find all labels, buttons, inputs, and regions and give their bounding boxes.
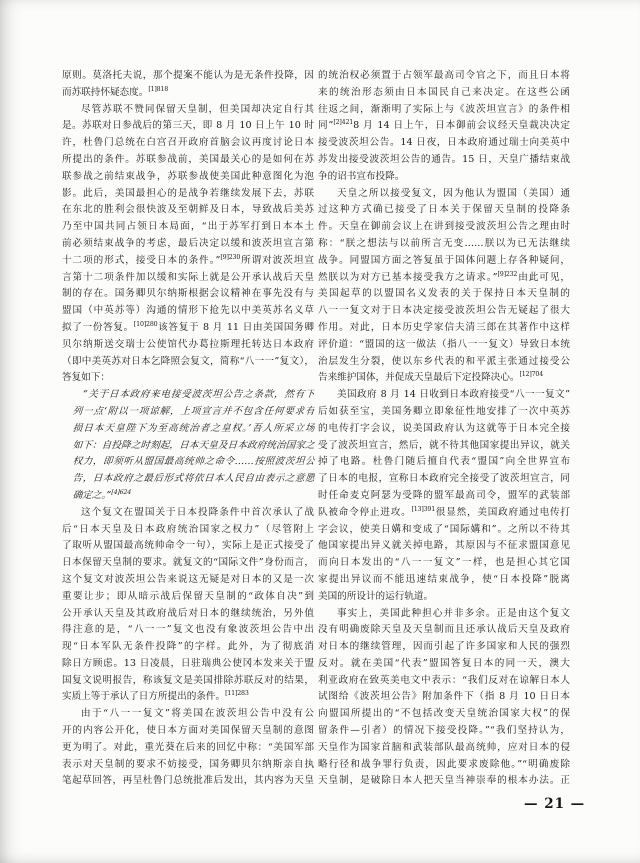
- text-line: 苏发出接受波茨坦公告的通告。15 日，天皇广播结束战: [318, 152, 570, 169]
- text-line: 队被命令停止进攻。[13]391很显然，美国政府通过电传打: [318, 505, 570, 522]
- text-line: 实质上等于承认了日方所提出的条件。[11]283: [62, 689, 314, 706]
- citation-superscript: [11]283: [225, 690, 249, 697]
- citation-superscript: [9]232: [498, 271, 518, 278]
- text-line: 表示对天皇制的要求不妨接受，国务卿贝尔纳斯亲自执: [62, 757, 314, 774]
- text-line: 他国家提出异义就关掉电路，其原因与不征求盟国意见: [318, 538, 570, 555]
- text-line: 美国起草的以盟国名义发表的关于保持日本天皇制的: [318, 286, 570, 303]
- quoted-text-line: 如下：自投降之时刻起，日本天皇及日本政府统治国家之: [62, 438, 315, 455]
- text-line: 的统治权必须置于占领军最高司令官之下，而且日本将: [318, 68, 570, 85]
- text-line: 乃至中国共同占领日本局面，“出于苏军打到日本本土: [62, 219, 314, 236]
- text-line: 作用。对此，日本历史学家信夫清三郎在其著作中这样: [318, 320, 570, 337]
- text-line: 过这种方式确已接受了日本关于保留天皇制的投降条: [318, 202, 570, 219]
- text-line: 称：“朕之想法与以前所言无变……朕以为已无法继续: [318, 236, 570, 253]
- text-line: 美国政府 8 月 14 日收到日本政府接受“八一一复文”: [318, 387, 570, 404]
- text-line: 件。天皇在御前会议上在讲到接受波茨坦公告之理由时: [318, 219, 570, 236]
- text-line: 更为明了。对此，重光葵在后来的回忆中称：“美国军部: [62, 740, 314, 757]
- text-line: 天皇之所以接受复文，因为他认为盟国（美国）通: [318, 186, 570, 203]
- text-line: 对日本的继续管理，因而引起了许多国家和人民的强烈: [318, 639, 570, 656]
- page-number: — 21 —: [524, 796, 585, 812]
- text-line: 所提出的条件。苏联参战前，美国最关心的是如何在苏: [62, 152, 314, 169]
- quoted-text-line: 确定之。”[4]624: [62, 488, 315, 505]
- text-line: 十二项的形式，接受日本的条件。”[9]230所谓对波茨坦宣: [62, 253, 314, 270]
- text-line: 了日本的电报，宣称日本政府完全接受了波茨坦宣言，同: [318, 471, 570, 488]
- text-column-right: 的统治权必须置于占领军最高司令官之下，而且日本将来的统治形态须由日本国民自己来决…: [318, 68, 570, 790]
- text-line: 由于“八一一复文”将美国在波茨坦公告中没有公: [62, 706, 314, 723]
- text-line: 战争。同盟国方面之答复虽于国体问题上存各种疑问，: [318, 253, 570, 270]
- text-line: 言第十二项条件加以缓和实际上就是公开承认战后天皇: [62, 270, 314, 287]
- text-line: 拟了一份答复。[10]280该答复于 8 月 11 日由美国国务卿: [62, 320, 314, 337]
- text-line: 天皇作为国家首脑和武装部队最高统帅，应对日本的侵: [318, 740, 570, 757]
- text-line: 了取听从盟国最高统帅命令一句），实际上是正式接受了: [62, 538, 314, 555]
- text-line: 略行径和战争罪行负责，因此要求废除他。”“明确废除: [318, 757, 570, 774]
- text-line: 制的存在。国务卿贝尔纳斯根据会议精神在事先没有与: [62, 286, 314, 303]
- text-line: 受了波茨坦宣言，然后，就不待其他国家提出异议，就关: [318, 438, 570, 455]
- text-line: 的电传打字会议，说美国政府认为这就等于日本完全接: [318, 421, 570, 438]
- text-line: 利亚政府在致英美电文中表示：“我们反对在谅解日本人: [318, 673, 570, 690]
- quoted-text-line: 告，日本政府之最后形式将依日本人民自由表示之意愿: [62, 471, 315, 488]
- text-line: 掉了电路。杜鲁门随后擅自代表“盟国”向全世界宣布: [318, 454, 570, 471]
- text-line: 这个复文在盟国关于日本投降条件中首次承认了战: [62, 505, 314, 522]
- text-line: 然朕以为对方已基本接受我方之请求。”[9]232由此可见，: [318, 270, 570, 287]
- text-line: 许，杜鲁门总统在白宫召开政府首脑会议再度讨论日本: [62, 135, 314, 152]
- text-line: 在东北的胜利会很快波及至朝鲜及日本，导致战后美苏: [62, 202, 314, 219]
- quoted-text-line: 损日本天皇陛下为至高统治者之皇权。’吾人所采立场: [62, 421, 315, 438]
- text-line: 影。此后，美国最担心的是战争若继续发展下去，苏联: [62, 186, 314, 203]
- text-line: 现“日本军队无条件投降”的字样。此外，为了彻底消: [62, 639, 314, 656]
- quoted-text-line: “关于日本政府来电接受波茨坦公告之条款，然有下: [62, 387, 315, 404]
- text-line: 留条件—引者）的情况下接受投降。”“我们坚持认为，: [318, 723, 570, 740]
- text-line: 争的诏书宣布投降。: [318, 169, 570, 186]
- quoted-text-line: 权力，即须听从盟国最高统帅之命令……按照波茨坦公: [62, 454, 315, 471]
- text-line: 后“日本天皇及日本政府统治国家之权力”（尽管附上: [62, 522, 314, 539]
- text-line: 原则。莫洛托夫说，那个提案不能认为是无条件投降，因: [62, 68, 314, 85]
- citation-superscript: [2]421: [333, 119, 353, 126]
- text-line: 后如获至宝，美国务卿立即象征性地安排了一次中英苏: [318, 404, 570, 421]
- text-line: 同”[2]4218 月 14 日上午，日本御前会议经天皇裁决决定: [318, 118, 570, 135]
- text-line: 开的内容公开化，使日本方面对美国保留天皇制的意图: [62, 723, 314, 740]
- citation-superscript: [4]624: [111, 489, 131, 496]
- text-line: 答复如下：: [62, 370, 314, 387]
- text-line: 盟国（中英苏等）沟通的情形下抢先以中美英苏名义草: [62, 303, 314, 320]
- text-line: 联参战之前结束战争，苏联参战使美国此种意图化为泡: [62, 169, 314, 186]
- text-line: 日本保留天皇制的要求。就复文的“国际文件”身份而言，: [62, 555, 314, 572]
- text-line: （即中美英苏对日本乞降照会复文，简称“八一一”复文），: [62, 354, 314, 371]
- text-line: 来的统治形态须由日本国民自己来决定。在这些公函: [318, 85, 570, 102]
- text-line: 贝尔纳斯送交瑞士公使馆代办葛拉斯理托转达日本政府: [62, 337, 314, 354]
- quoted-text-line: 列一点‘附以一项谅解，上项宣言并不包含任何要求有: [62, 404, 315, 421]
- text-line: 而向日本发出的“八一一复文”一样，也是担心其它国: [318, 555, 570, 572]
- text-line: 是。苏联对日参战后的第三天，即 8 月 10 日上午 10 时: [62, 118, 314, 135]
- text-line: 前必须结束战争的考虑，最后决定以缓和波茨坦宣言第: [62, 236, 314, 253]
- text-line: 美国的所设计的运行轨道。: [318, 589, 570, 606]
- text-line: 公开承认天皇及其政府战后对日本的继续统治，另外值: [62, 606, 314, 623]
- text-line: 试图给《波茨坦公告》附加条件下（指 8 月 10 日日本: [318, 689, 570, 706]
- text-line: 告来维护国体，并促成天皇最后下定投降决心。[12]704: [318, 370, 570, 387]
- text-line: 接受波茨坦公告。14 日夜，日本政府通过瑞士向美英中: [318, 135, 570, 152]
- citation-superscript: [1]818: [148, 86, 168, 93]
- text-line: 事实上，美国此种担心并非多余。正是由这个复文: [318, 606, 570, 623]
- text-line: 家提出异议而不能迅速结束战争，使“日本投降”脱离: [318, 572, 570, 589]
- text-line: 这个复文对波茨坦公告来说这无疑是对日本的又是一次: [62, 572, 314, 589]
- text-line: 反对。就在美国“代表”盟国答复日本的同一天，澳大: [318, 656, 570, 673]
- text-line: 笔起草回答，再呈杜鲁门总统批准后发出，其内容为天皇: [62, 773, 314, 790]
- text-line: 治层发生分裂，使以东乡代表的和平派主张通过接受公: [318, 354, 570, 371]
- text-line: 国复文说明报告，称该复文是美国排除苏联反对的结果，: [62, 673, 314, 690]
- citation-superscript: [12]704: [519, 371, 543, 378]
- text-line: 重要让步；即从暗示战后保留天皇制的“政体自决”到: [62, 589, 314, 606]
- text-line: 评价道：“盟国的这一做法（指八一一复文）导致日本统: [318, 337, 570, 354]
- text-line: 往返之间，渐渐明了实际上与《波茨坦宣言》的条件相: [318, 102, 570, 119]
- citation-superscript: [13]391: [411, 506, 435, 513]
- text-column-left: 原则。莫洛托夫说，那个提案不能认为是无条件投降，因而苏联持怀疑态度。[1]818…: [62, 68, 314, 790]
- text-line: 除日方顾虑。13 日凌晨，日驻瑞典公使冈本发来关于盟: [62, 656, 314, 673]
- document-page: 原则。莫洛托夫说，那个提案不能认为是无条件投降，因而苏联持怀疑态度。[1]818…: [0, 0, 640, 863]
- citation-superscript: [10]280: [134, 321, 158, 328]
- text-line: 天皇制，是破除日本人把天皇当神崇奉的根本办法。正: [318, 773, 570, 790]
- text-line: 而苏联持怀疑态度。[1]818: [62, 85, 314, 102]
- text-line: 尽管苏联不赞同保留天皇制，但美国却决定自行其: [62, 102, 314, 119]
- text-line: 时任命麦克阿瑟为受降的盟军最高司令，盟军的武装部: [318, 488, 570, 505]
- citation-superscript: [9]230: [220, 254, 240, 261]
- text-line: 八一一复文对于日本决定接受波茨坦公告无疑起了很大: [318, 303, 570, 320]
- text-line: 向盟国所提出的“不包括改变天皇统治国家大权”的保: [318, 706, 570, 723]
- text-line: 得注意的是，“八一一”复文也没有象波茨坦公告中出: [62, 622, 314, 639]
- text-line: 没有明确废除天皇及天皇制而且还承认战后天皇及政府: [318, 622, 570, 639]
- text-line: 字会议，使美日媾和变成了“国际媾和”。之所以不待其: [318, 522, 570, 539]
